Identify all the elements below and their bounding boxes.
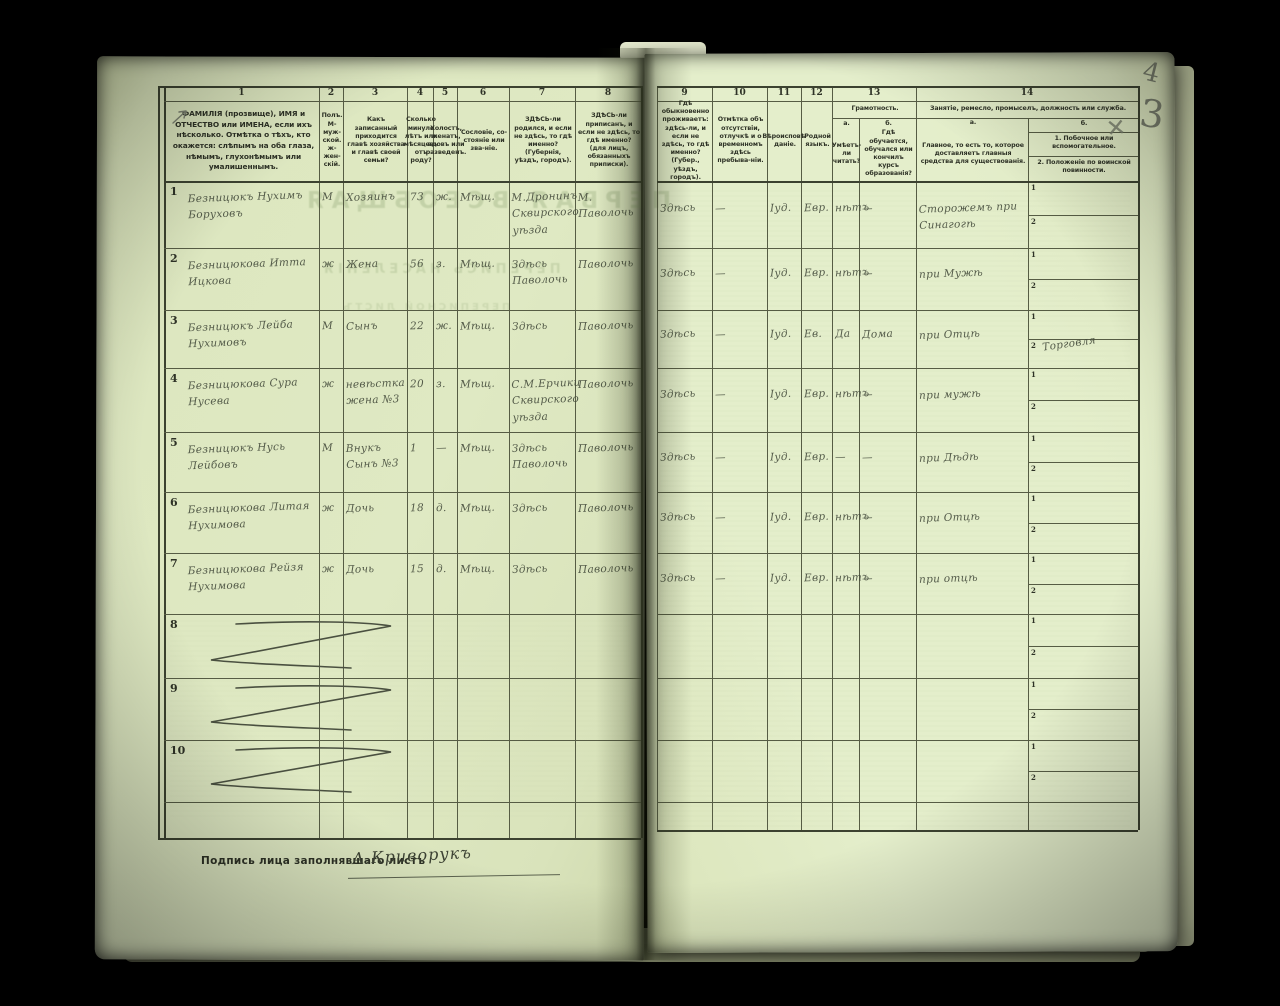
cell-age: 22 (410, 318, 431, 335)
occupation-slot-label: 1 (1031, 494, 1036, 503)
right-page (644, 52, 1177, 953)
header-occupation-group: Занятіе, ремесло, промыселъ, должность и… (917, 102, 1139, 116)
cell-age: 18 (410, 500, 431, 517)
cell-sex: ж (322, 500, 341, 517)
occupation-slot-label: 2 (1031, 586, 1036, 595)
cell-literacy_b: — (862, 448, 914, 466)
occupation-slot-label: 2 (1031, 711, 1036, 720)
cell-born: С.М.Ерчики Сквирского уѣзда (511, 375, 573, 426)
occupation-slot-label: 2 (1031, 402, 1036, 411)
cell-relation: Дочь (346, 499, 405, 517)
cell-religion: Іуд. (770, 199, 799, 216)
cell-relation: Жена (346, 255, 405, 273)
cell-marital: з. (436, 256, 455, 273)
cell-language: Евр. (804, 385, 830, 402)
table-rule (1028, 771, 1138, 772)
census-sheet-photo: ПЕРВАЯ ВСЕОБЩАЯ ПЕРЕПИСЬ НАСЕЛЕНІЯ ПЕРЕП… (0, 0, 1280, 1006)
cell-religion: Іуд. (770, 509, 799, 526)
occupation-slot-label: 1 (1031, 555, 1036, 564)
cell-sex: ж (322, 256, 341, 273)
header-absence: Отмѣтка объ отсутствіи, отлучкѣ и о врем… (713, 103, 768, 179)
cell-age: 73 (410, 189, 431, 206)
table-rule (916, 86, 917, 830)
row-number: 6 (170, 496, 178, 509)
table-rule (164, 614, 641, 615)
table-rule (1028, 279, 1138, 280)
header-language: Родной языкъ. (802, 103, 833, 179)
cell-name: Безницюкъ Нусь Лейбовъ (187, 438, 315, 475)
occupation-slot-label: 1 (1031, 742, 1036, 751)
occupation-slot-label: 1 (1031, 183, 1036, 192)
column-number: 6 (457, 87, 509, 100)
header-birthplace: ЗДѢСЬ-ли родился, и если не здѣсь, то гд… (510, 103, 576, 179)
pencil-arrow-mark (170, 106, 192, 128)
cell-literacy_a: нѣтъ (835, 386, 857, 403)
table-rule (657, 830, 1138, 832)
cell-estate: Мѣщ. (460, 317, 507, 335)
empty-row-strike (176, 682, 416, 734)
cell-absence: — (715, 385, 765, 403)
cell-language: Евр. (804, 199, 830, 216)
cell-name: Безницюкова Литая Нухимова (187, 498, 315, 535)
cell-marital: д. (436, 500, 455, 517)
table-rule (164, 678, 641, 679)
table-rule (1028, 118, 1029, 830)
cell-estate: Мѣщ. (460, 255, 507, 273)
empty-row-strike (176, 618, 416, 672)
table-rule (1138, 86, 1140, 830)
table-rule (164, 740, 641, 741)
cell-born: Здѣсь (512, 560, 573, 578)
occupation-slot-label: 1 (1031, 680, 1036, 689)
cell-name: Безницюкъ Нухимъ Боруховъ (187, 187, 315, 224)
column-number: 1 (164, 87, 319, 100)
table-rule (832, 86, 833, 830)
header-marital: Холостъ, женатъ, вдовъ или разведенъ. (434, 103, 458, 179)
table-rule (164, 802, 641, 803)
cell-language: Евр. (804, 448, 830, 465)
table-rule (859, 118, 860, 830)
cell-estate: Мѣщ. (460, 439, 507, 457)
column-number: 11 (767, 87, 801, 100)
column-number: 5 (433, 87, 457, 100)
cell-absence: — (715, 508, 765, 526)
cell-born: Здѣсь (512, 317, 573, 335)
table-rule (1028, 646, 1138, 647)
cell-sex: М (322, 440, 341, 457)
header-occupation-a-sub: Главное, то есть то, которое доставляетъ… (917, 130, 1029, 178)
header-religion: Вѣроисповѣ-даніе. (768, 103, 802, 179)
cell-literacy_a: нѣтъ (835, 509, 857, 526)
cell-marital: — (436, 440, 455, 457)
cell-estate: Мѣщ. (460, 375, 507, 393)
table-rule (657, 678, 1138, 679)
cell-absence: — (715, 569, 765, 587)
table-rule (657, 248, 1138, 249)
cell-sex: ж (322, 561, 341, 578)
empty-row-strike (176, 744, 416, 796)
row-number: 7 (170, 557, 178, 570)
cell-absence: — (715, 448, 765, 466)
table-rule (1028, 584, 1138, 585)
table-rule (509, 86, 510, 838)
column-number: 12 (801, 87, 832, 100)
cell-relation: Хозяинъ (346, 188, 405, 206)
occupation-slot-label: 2 (1031, 217, 1036, 226)
cell-religion: Іуд. (770, 570, 799, 587)
occupation-slot-label: 1 (1031, 250, 1036, 259)
table-rule (1028, 400, 1138, 401)
table-rule (164, 248, 641, 249)
cell-marital: ж. (436, 318, 455, 335)
table-rule (164, 86, 166, 838)
cell-literacy_b: — (862, 569, 914, 587)
table-rule (164, 310, 641, 311)
cell-literacy_b: — (862, 199, 914, 217)
table-rule (657, 181, 1138, 183)
table-rule (657, 553, 1138, 554)
cell-sex: М (322, 189, 341, 206)
header-literacy-group: Грамотность. (833, 102, 917, 116)
cell-literacy_a: — (835, 448, 857, 465)
cell-religion: Іуд. (770, 448, 799, 465)
row-number: 2 (170, 252, 178, 265)
cell-literacy_b: — (862, 264, 914, 282)
table-rule (1028, 523, 1138, 524)
row-number: 4 (170, 372, 178, 385)
cell-name: Безницюкъ Лейба Нухимовъ (187, 316, 315, 353)
cell-language: Евр. (804, 265, 830, 282)
cell-occupation_a: при Дѣдѣ (919, 447, 1026, 467)
cell-absence: — (715, 265, 765, 283)
occupation-slot-label: 1 (1031, 616, 1036, 625)
cell-literacy_a: нѣтъ (835, 570, 857, 587)
table-rule (657, 802, 1138, 803)
table-rule (164, 368, 641, 369)
column-number: 4 (407, 87, 433, 100)
cell-language: Евр. (804, 509, 830, 526)
cell-relation: Сынъ (346, 317, 405, 335)
cell-literacy_b: Дома (862, 325, 914, 343)
row-number: 5 (170, 436, 178, 449)
cell-age: 20 (410, 376, 431, 393)
cell-marital: д. (436, 561, 455, 578)
cell-literacy_a: Да (835, 326, 857, 343)
occupation-slot-label: 1 (1031, 312, 1036, 321)
cell-name: Безницюкова Рейзя Нухимова (187, 559, 315, 596)
header-relation: Какъ записанный приходится главѣ хозяйст… (344, 103, 408, 179)
table-rule (164, 432, 641, 433)
table-rule (1028, 709, 1138, 710)
table-rule (657, 614, 1138, 615)
header-estate: Сословіе, со-стояніе или зва-ніе. (458, 103, 510, 179)
cell-occupation_a: Сторожемъ при Синагогѣ (918, 198, 1025, 234)
occupation-slot-label: 1 (1031, 370, 1036, 379)
table-rule (158, 838, 641, 840)
header-literacy-a: а. (833, 120, 860, 128)
cell-age: 15 (410, 561, 431, 578)
cell-born: Здѣсь Паволочь (511, 439, 572, 474)
table-rule (1028, 215, 1138, 216)
occupation-slot-label: 2 (1031, 281, 1036, 290)
cell-sex: М (322, 318, 341, 335)
cell-religion: Іуд. (770, 265, 799, 282)
occupation-slot-label: 2 (1031, 648, 1036, 657)
cell-sex: ж (322, 376, 341, 393)
cell-absence: — (715, 199, 765, 217)
table-rule (164, 181, 641, 183)
table-rule (433, 86, 434, 838)
bleed-through-line: ПЕРЕПИСНОЙ ЛИСТЪ (340, 302, 510, 313)
column-number: 10 (712, 87, 767, 100)
cell-literacy_a: нѣтъ (835, 199, 857, 216)
occupation-slot-label: 2 (1031, 773, 1036, 782)
cell-born: Здѣсь Паволочь (511, 255, 572, 290)
column-number: 14 (916, 87, 1138, 100)
table-rule (164, 492, 641, 493)
cell-language: Ев. (804, 326, 830, 343)
header-occupation-b2: 2. Положеніе по воинской повинности. (1029, 157, 1139, 177)
header-literacy-a-sub: Умѣетъ-ли читать? (833, 130, 860, 178)
cell-relation: Дочь (346, 560, 405, 578)
cell-language: Евр. (804, 570, 830, 587)
table-rule (164, 553, 641, 554)
occupation-slot-label: 2 (1031, 464, 1036, 473)
table-rule (657, 310, 1138, 311)
table-rule (657, 740, 1138, 741)
header-literacy-b: б. (860, 120, 917, 128)
pencil-cross-mark: ✕ (1105, 113, 1128, 143)
occupation-slot-label: 2 (1031, 341, 1036, 350)
occupation-slot-label: 2 (1031, 525, 1036, 534)
header-occupation-a: а. (917, 119, 1029, 127)
table-rule (657, 368, 1138, 369)
cell-literacy_a: нѣтъ (835, 265, 857, 282)
column-number: 3 (343, 87, 407, 100)
table-rule (657, 432, 1138, 433)
table-rule (801, 86, 802, 830)
table-rule (1028, 462, 1138, 463)
cell-age: 56 (410, 256, 431, 273)
table-rule (158, 86, 160, 838)
occupation-slot-label: 1 (1031, 434, 1036, 443)
header-literacy-b-sub: Гдѣ обучается, обучался или кончилъ курс… (860, 130, 917, 178)
cell-relation: Внукъ Сынъ №3 (345, 439, 404, 474)
book-gutter-shadow (596, 48, 692, 960)
header-sex: Полъ. М-муж-ской. ж-жен-скій. (320, 103, 344, 179)
cell-estate: Мѣщ. (460, 499, 507, 517)
table-rule (457, 86, 458, 838)
table-rule (712, 86, 713, 830)
column-number: 2 (319, 87, 343, 100)
cell-literacy_b: — (862, 508, 914, 526)
column-number: 7 (509, 87, 575, 100)
cell-name: Безницюкова Итта Ицкова (187, 254, 315, 291)
column-number: 13 (832, 87, 916, 100)
cell-literacy_b: — (862, 385, 914, 403)
cell-religion: Іуд. (770, 326, 799, 343)
table-rule (164, 101, 641, 102)
cell-absence: — (715, 325, 765, 343)
cell-religion: Іуд. (770, 385, 799, 402)
table-rule (767, 86, 768, 830)
cell-name: Безницюкова Сура Нусева (187, 374, 315, 411)
table-rule (657, 492, 1138, 493)
cell-marital: з. (436, 376, 455, 393)
row-number: 3 (170, 314, 178, 327)
row-number: 1 (170, 185, 178, 198)
cell-born: М.Дронинъ Сквирского уѣзда (511, 188, 573, 239)
cell-estate: Мѣщ. (460, 188, 507, 206)
cell-age: 1 (410, 440, 431, 457)
cell-estate: Мѣщ. (460, 560, 507, 578)
cell-marital: ж. (436, 189, 455, 206)
cell-born: Здѣсь (512, 499, 573, 517)
cell-relation: невѣстка жена №3 (345, 375, 404, 410)
